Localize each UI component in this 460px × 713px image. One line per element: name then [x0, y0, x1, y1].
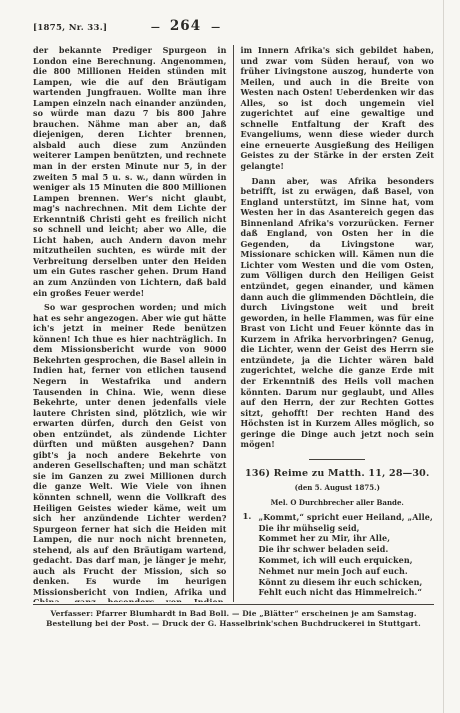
- body-paragraph: So war gesprochen worden; und mich hat e…: [33, 302, 227, 602]
- body-paragraph: der bekannte Prediger Spurgeon in London…: [33, 45, 227, 298]
- page-number-group: — 264 —: [151, 18, 220, 34]
- verse-line: Könnt zu diesem ihr euch schicken,: [259, 577, 435, 588]
- poem-verses: 1.„Kommt,“ spricht euer Heiland, „Alle,D…: [241, 512, 435, 602]
- poem-title: 136) Reime zu Matth. 11, 28—30.: [241, 468, 435, 479]
- page-number-dash-left: —: [151, 23, 160, 33]
- footer-imprint: Verfasser: Pfarrer Blumhardt in Bad Boll…: [33, 609, 434, 629]
- poem-verse: 1.„Kommt,“ spricht euer Heiland, „Alle,D…: [243, 512, 435, 598]
- verse-line: Die ihr mühselig seid,: [259, 523, 435, 534]
- verse-line: Kommet her zu Mir, ihr Alle,: [259, 533, 435, 544]
- poem-melody: Mel. O Durchbrecher aller Bande.: [241, 498, 435, 507]
- right-column: im Innern Afrika's sich gebildet haben, …: [234, 45, 435, 602]
- scan-page-edge-line: [443, 0, 444, 713]
- page-number-dash-right: —: [211, 23, 220, 33]
- page-footer: Verfasser: Pfarrer Blumhardt in Bad Boll…: [33, 604, 434, 629]
- verse-line: Fehlt euch nicht das Himmelreich.“: [259, 587, 435, 598]
- left-column: der bekannte Prediger Spurgeon in London…: [33, 45, 233, 602]
- verse-line: Die ihr schwer beladen seid.: [259, 544, 435, 555]
- journal-page: [1875, Nr. 33.] — 264 — der bekannte Pre…: [0, 0, 460, 713]
- body-paragraph: Dann aber, was Afrika besonders betrifft…: [241, 176, 435, 450]
- poem-date: (den 5. August 1875.): [241, 483, 435, 492]
- footer-line: Verfasser: Pfarrer Blumhardt in Bad Boll…: [33, 609, 434, 619]
- verse-lines: „Kommt,“ spricht euer Heiland, „Alle,Die…: [259, 512, 435, 598]
- page-header: [1875, Nr. 33.] — 264 —: [33, 18, 434, 38]
- footer-rule: [33, 604, 434, 605]
- page-number: 264: [170, 18, 201, 34]
- verse-number: 1.: [243, 512, 259, 598]
- two-column-text-block: der bekannte Prediger Spurgeon in London…: [33, 45, 434, 602]
- verse-line: Kommet, ich will euch erquicken,: [259, 555, 435, 566]
- body-paragraph: im Innern Afrika's sich gebildet haben, …: [241, 45, 435, 172]
- verse-line: Nehmet nur mein Joch auf euch.: [259, 566, 435, 577]
- poem-section: 136) Reime zu Matth. 11, 28—30. (den 5. …: [241, 468, 435, 602]
- verse-line: „Kommt,“ spricht euer Heiland, „Alle,: [259, 512, 435, 523]
- footer-line: Bestellung bei der Post. — Druck der G. …: [33, 619, 434, 629]
- right-column-paragraphs: im Innern Afrika's sich gebildet haben, …: [241, 45, 435, 450]
- section-divider-rule: [309, 459, 365, 460]
